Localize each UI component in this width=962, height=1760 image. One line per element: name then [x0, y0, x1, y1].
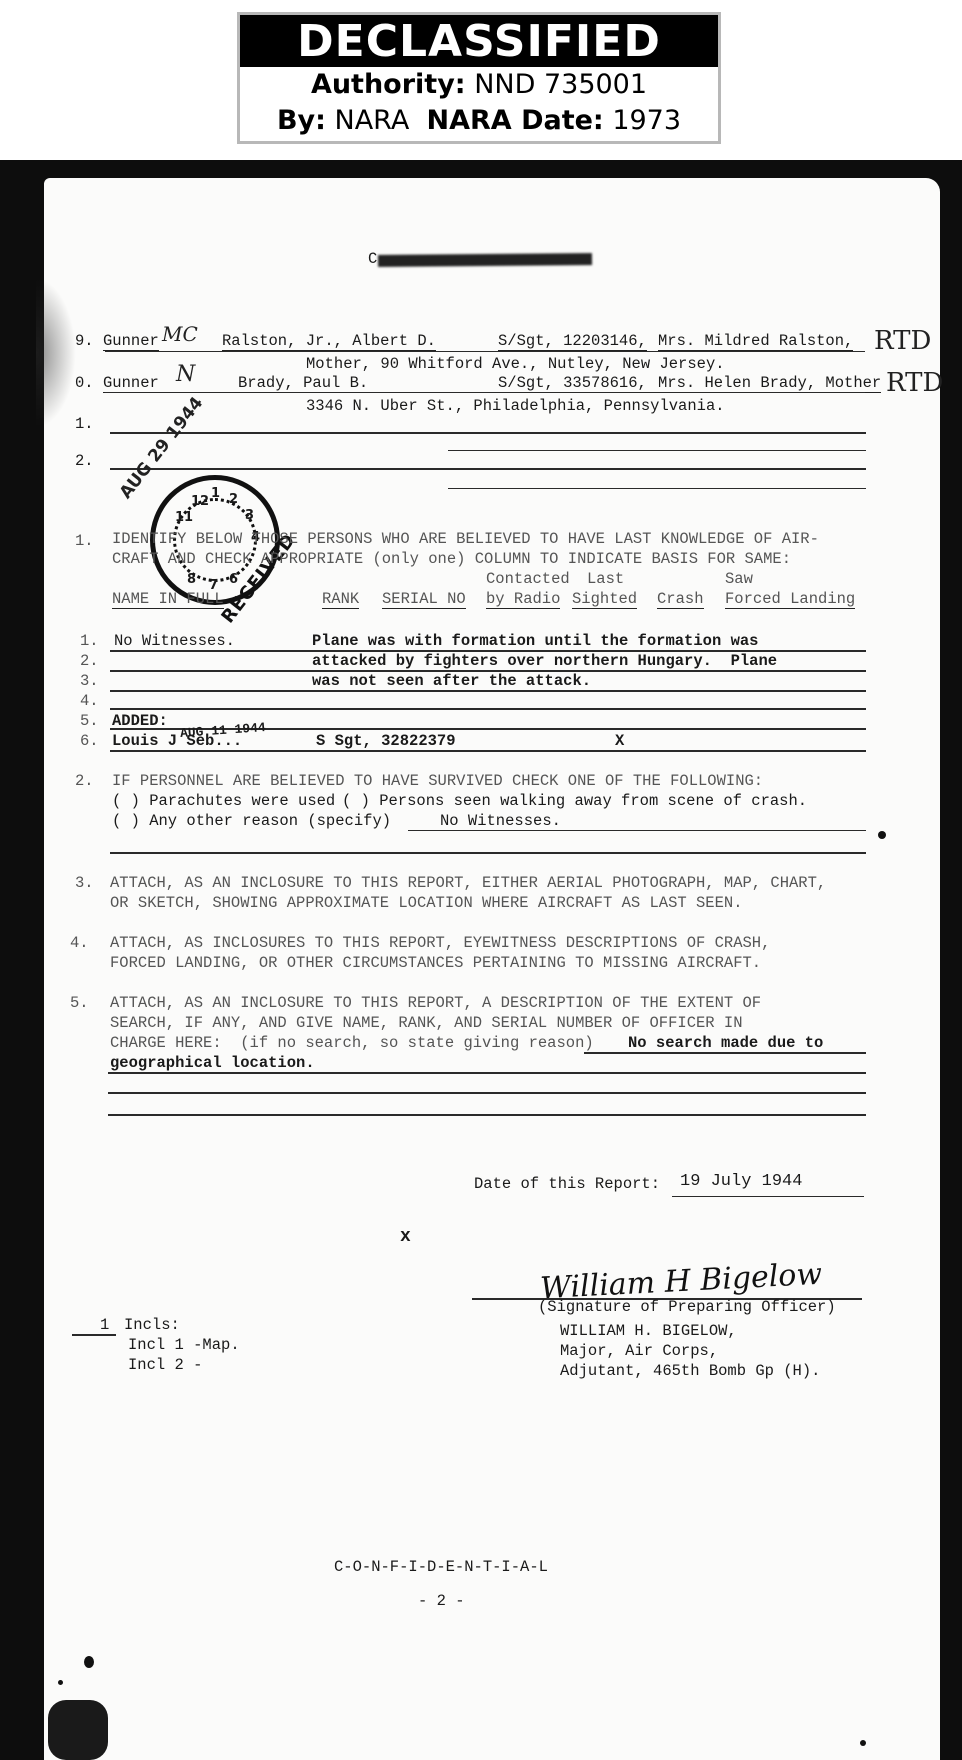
ink-speck: [878, 831, 886, 839]
crew-name: Ralston, Jr., Albert D.: [222, 332, 436, 351]
added-witness-rank-serial: S Sgt, 32822379: [316, 732, 456, 750]
other-reason-value: No Witnesses.: [440, 812, 561, 830]
column-header-contacted: by Radio: [486, 590, 560, 609]
crew-number: 1.: [75, 415, 94, 433]
inclosure-item: Incl 2 -: [128, 1356, 202, 1374]
ink-speck: [860, 1740, 866, 1746]
section-number: 5.: [70, 994, 89, 1012]
row-number: 4.: [80, 692, 99, 710]
column-header-sighted: Sighted: [572, 590, 637, 609]
crew-next-of-kin: Mrs. Helen Brady, Mother: [658, 374, 881, 393]
initials-mark: N: [176, 362, 195, 387]
search-answer: geographical location.: [110, 1054, 315, 1072]
footer-classification: C-O-N-F-I-D-E-N-T-I-A-L: [334, 1558, 548, 1576]
form-line: [105, 392, 865, 393]
section-number: 4.: [70, 934, 89, 952]
column-header-name: NAME IN FULL: [112, 590, 224, 609]
stamp-hour: 6: [229, 572, 238, 587]
form-line: [110, 468, 866, 470]
crew-position: Gunner: [103, 332, 159, 351]
form-line: [448, 450, 866, 451]
inclosure-count: 1: [100, 1316, 109, 1334]
declassified-title: DECLASSIFIED: [240, 15, 718, 67]
form-line: [110, 690, 866, 692]
column-header-top: Saw: [725, 570, 753, 588]
column-header-serial: SERIAL NO: [382, 590, 466, 609]
section-text: CHARGE HERE: (if no search, so state giv…: [110, 1034, 594, 1052]
inclosure-label: Incls:: [124, 1316, 180, 1334]
stamp-hour: 12: [191, 494, 209, 509]
declassified-banner: DECLASSIFIED Authority: NND 735001 By: N…: [237, 12, 721, 144]
ink-speck: [84, 1656, 94, 1668]
search-answer: No search made due to: [628, 1034, 823, 1052]
section-number: 3.: [75, 874, 94, 892]
crew-next-of-kin: Mrs. Mildred Ralston,: [658, 332, 853, 351]
form-line: [110, 432, 866, 434]
column-header-top: Contacted: [486, 570, 570, 588]
inclosure-item: Incl 1 -Map.: [128, 1336, 240, 1354]
nara-date-label: NARA Date:: [427, 105, 604, 136]
form-line: [110, 852, 866, 854]
crew-number: 0.: [75, 374, 94, 392]
stamp-hour: 1: [211, 486, 220, 501]
page-number: - 2 -: [418, 1592, 465, 1610]
stamp-hour: 11: [175, 510, 193, 525]
crew-number: 2.: [75, 452, 94, 470]
form-line: [584, 1052, 866, 1054]
column-header-top: Last: [587, 570, 624, 588]
column-header-forced-landing: Forced Landing: [725, 590, 855, 609]
sighted-check-mark: X: [615, 732, 624, 750]
stamp-hour: 2: [229, 492, 238, 507]
form-line: [105, 351, 865, 352]
by-row: By: NARA NARA Date: 1973: [240, 103, 718, 139]
form-line: [108, 1092, 866, 1094]
initials-mark: MC: [162, 322, 198, 346]
witness-name: No Witnesses.: [114, 632, 235, 650]
witness-statement: was not seen after the attack.: [312, 672, 591, 690]
stray-mark: x: [400, 1228, 411, 1246]
ink-speck: [58, 1680, 63, 1685]
section-text: ATTACH, AS INCLOSURES TO THIS REPORT, EY…: [110, 934, 770, 952]
authority-row: Authority: NND 735001: [240, 67, 718, 103]
rtd-annotation: RTD: [886, 368, 943, 398]
witness-statement: attacked by fighters over northern Hunga…: [312, 652, 777, 670]
column-header-rank: RANK: [322, 590, 359, 609]
form-line: [408, 830, 866, 831]
rtd-annotation: RTD: [874, 326, 931, 356]
by-label: By:: [277, 105, 326, 136]
form-line: [110, 750, 866, 752]
section-number: 2.: [75, 772, 94, 790]
crew-position: Gunner: [103, 374, 159, 393]
redaction-mark: [378, 253, 592, 267]
officer-name: WILLIAM H. BIGELOW,: [560, 1322, 737, 1340]
section-text: FORCED LANDING, OR OTHER CIRCUMSTANCES P…: [110, 954, 761, 972]
section-text: ATTACH, AS AN INCLOSURE TO THIS REPORT, …: [110, 874, 826, 892]
authority-value: NND 735001: [474, 69, 647, 100]
signature-caption: (Signature of Preparing Officer): [538, 1298, 836, 1316]
form-line: [448, 488, 866, 489]
witness-statement: Plane was with formation until the forma…: [312, 632, 758, 650]
section-text: OR SKETCH, SHOWING APPROXIMATE LOCATION …: [110, 894, 743, 912]
stamp-hour: 8: [187, 572, 196, 587]
crew-name: Brady, Paul B.: [238, 374, 368, 393]
row-number: 2.: [80, 652, 99, 670]
crew-address: 3346 N. Uber St., Philadelphia, Pennsylv…: [306, 397, 725, 415]
nara-date-value: 1973: [612, 105, 681, 136]
option-other-reason[interactable]: ( ) Any other reason (specify): [112, 812, 391, 830]
report-date-label: Date of this Report:: [474, 1175, 660, 1193]
crew-rank-serial: S/Sgt, 33578616,: [498, 374, 647, 393]
option-walking-away[interactable]: ( ) Persons seen walking away from scene…: [342, 792, 807, 810]
authority-label: Authority:: [311, 69, 466, 100]
ink-smudge: [48, 1700, 108, 1760]
row-number: 1.: [80, 632, 99, 650]
column-header-crash: Crash: [657, 590, 704, 609]
report-date-value: 19 July 1944: [680, 1173, 802, 1191]
crew-address: Mother, 90 Whitford Ave., Nutley, New Je…: [306, 355, 725, 373]
crew-rank-serial: S/Sgt, 12203146,: [498, 332, 647, 351]
officer-rank: Major, Air Corps,: [560, 1342, 718, 1360]
row-number: 3.: [80, 672, 99, 690]
crew-number: 9.: [75, 332, 94, 350]
officer-title: Adjutant, 465th Bomb Gp (H).: [560, 1362, 820, 1380]
inclosure-count-line: [72, 1334, 116, 1336]
section-text: CRAFT AND CHECK APPROPRIATE (only one) C…: [112, 550, 791, 568]
section-text: SEARCH, IF ANY, AND GIVE NAME, RANK, AND…: [110, 1014, 743, 1032]
form-line: [672, 1196, 864, 1197]
form-line: [110, 708, 866, 710]
row-number: 6.: [80, 732, 99, 750]
section-text: IDENTIFY BELOW THOSE PERSONS WHO ARE BEL…: [112, 530, 819, 548]
section-number: 1.: [75, 532, 94, 550]
section-heading: IF PERSONNEL ARE BELIEVED TO HAVE SURVIV…: [112, 772, 763, 790]
row-number: 5.: [80, 712, 99, 730]
stamp-hour: 3: [245, 508, 254, 523]
option-parachutes[interactable]: ( ) Parachutes were used: [112, 792, 335, 810]
form-line: [108, 1072, 866, 1074]
section-text: ATTACH, AS AN INCLOSURE TO THIS REPORT, …: [110, 994, 761, 1012]
by-value: NARA: [335, 105, 410, 136]
form-line: [108, 1114, 866, 1116]
